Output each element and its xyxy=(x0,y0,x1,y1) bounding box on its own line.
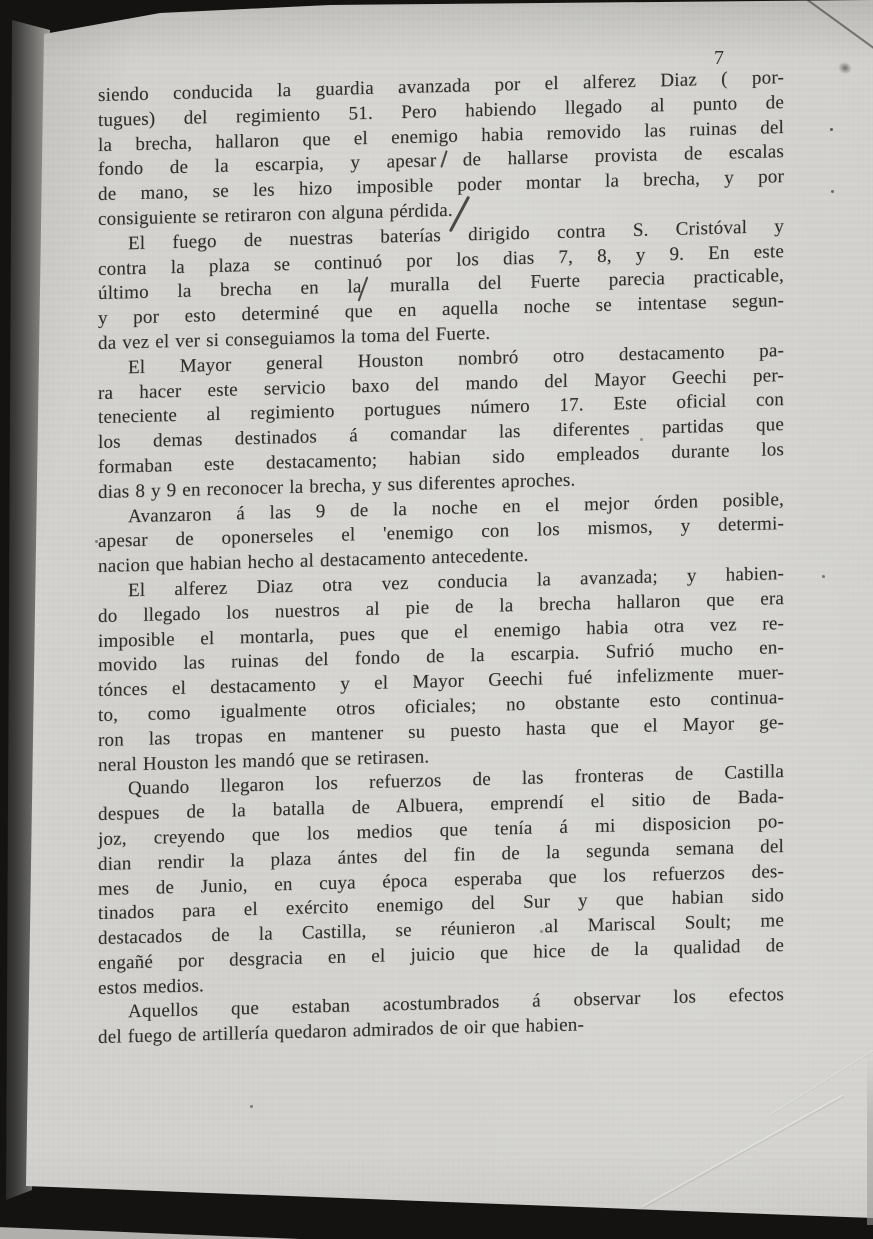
paragraph: El Mayor general Houston nombró otro des… xyxy=(98,339,784,506)
paper-crease xyxy=(642,1094,845,1208)
table-surface xyxy=(0,1222,300,1239)
book-photo: 7 siendo conducida la guardia avanzada p… xyxy=(0,0,873,1239)
page-edge-highlight xyxy=(867,1055,873,1225)
text-column: siendo conducida la guardia avanzada por… xyxy=(98,66,784,1051)
paragraph: El fuego de nuestras baterías dirigido c… xyxy=(98,215,784,357)
ink-specks xyxy=(830,128,833,131)
paragraph: El alferez Diaz otra vez conducia la ava… xyxy=(98,562,784,778)
page-number: 7 xyxy=(714,47,725,70)
book-page: 7 siendo conducida la guardia avanzada p… xyxy=(0,0,873,1239)
ink-smudge xyxy=(836,60,853,76)
paragraph: Quando llegaron los refuerzos de las fro… xyxy=(98,760,784,1001)
corner-fold-line xyxy=(801,0,873,55)
paragraph: siendo conducida la guardia avanzada por… xyxy=(98,66,784,233)
